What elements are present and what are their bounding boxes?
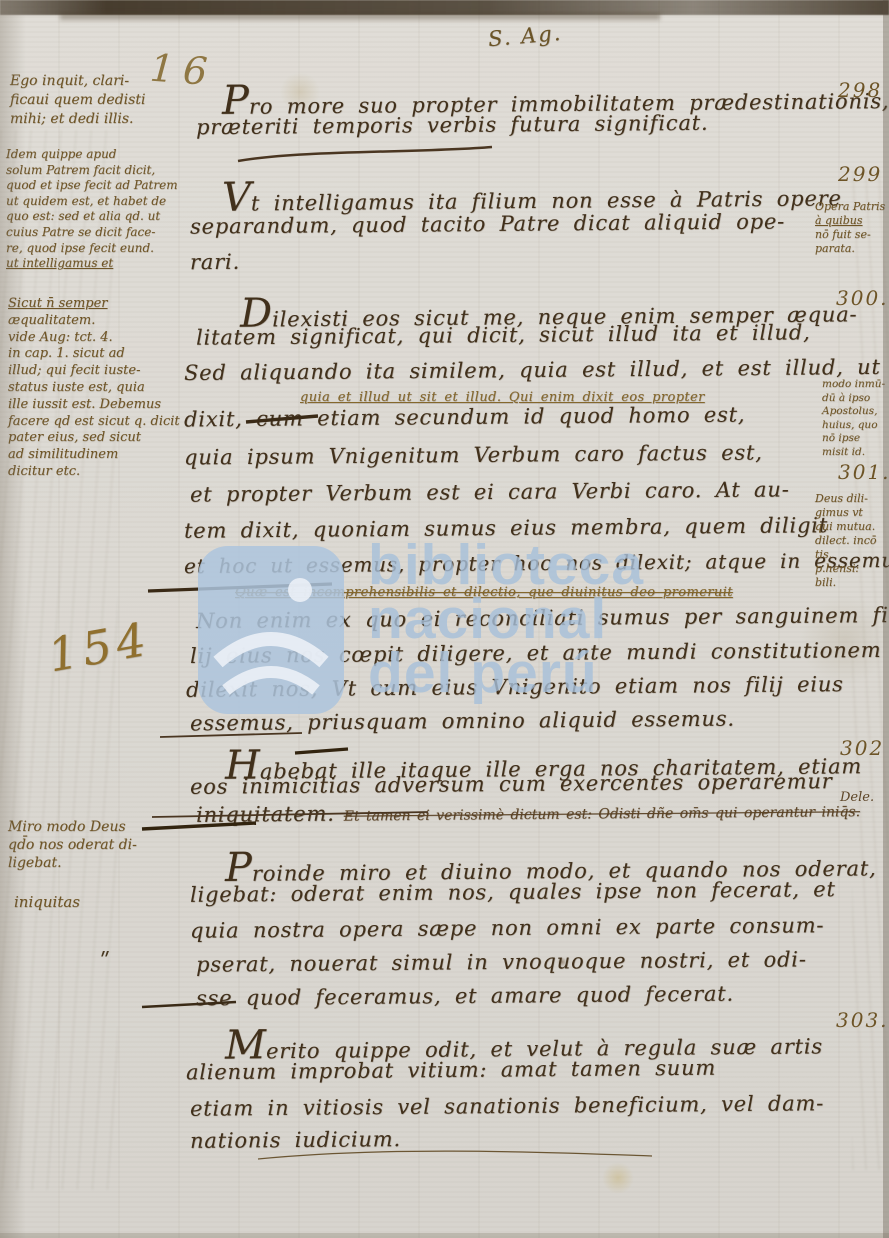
pen-flourish (142, 823, 256, 829)
pen-flourish (142, 1002, 236, 1007)
pen-flourish (148, 584, 332, 591)
pen-flourish (258, 1151, 652, 1159)
scan-edge-bottom (0, 1233, 889, 1238)
pen-flourish (160, 733, 302, 737)
scan-edge-right (883, 0, 889, 1238)
pen-flourish (246, 416, 318, 422)
pen-flourish (238, 147, 492, 161)
scan-edge-left (0, 0, 26, 1238)
pen-flourish (152, 812, 428, 817)
pen-flourish (295, 749, 348, 753)
manuscript-page: S. Ag. 16 154 ʺ Ego inquit, clari- ficau… (0, 0, 889, 1238)
pen-flourishes (0, 0, 889, 1238)
scan-edge-top-shadow (60, 13, 660, 20)
